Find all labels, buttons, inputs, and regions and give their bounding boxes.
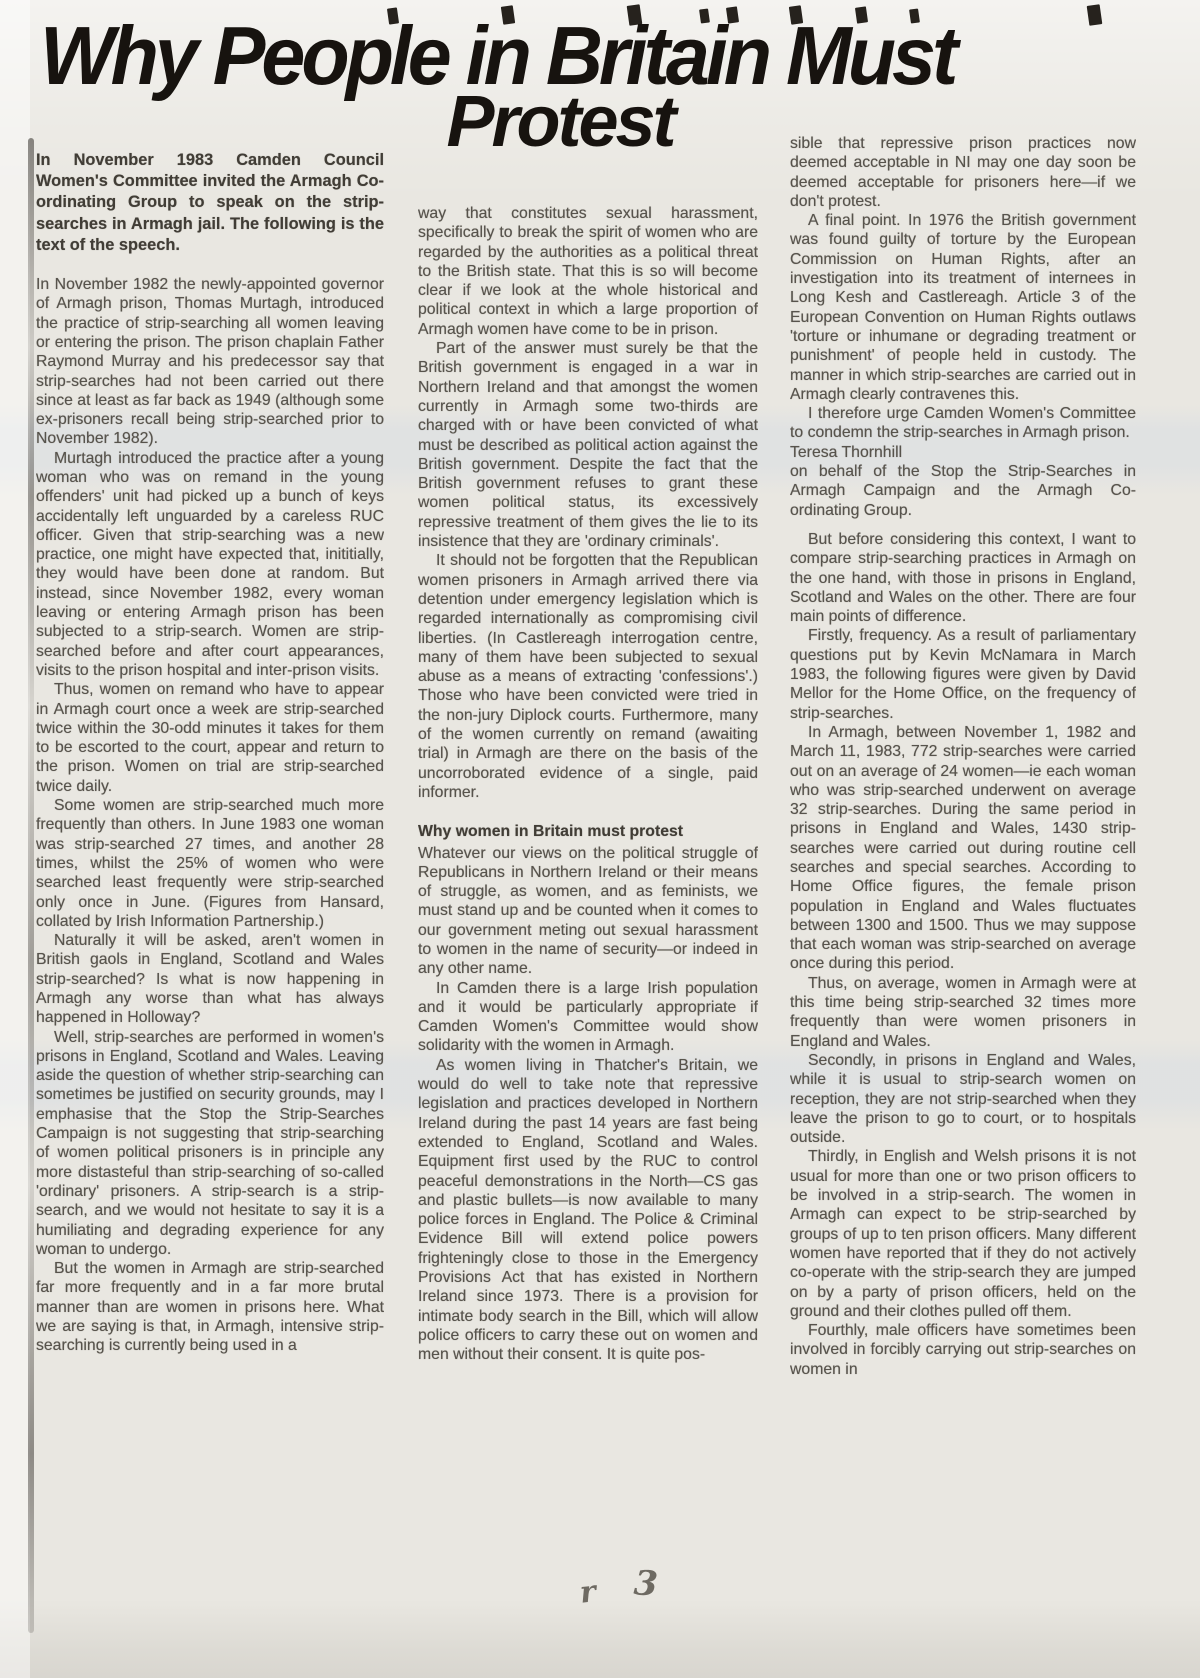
paragraph: In Armagh, between November 1, 1982 and … — [790, 723, 1136, 974]
paragraph: As women living in Thatcher's Britain, w… — [418, 1056, 758, 1365]
paragraph: Murtagh introduced the practice after a … — [36, 449, 384, 681]
paragraph: But before considering this context, I w… — [790, 530, 1136, 626]
scan-left-margin — [0, 0, 30, 1678]
article-title-line2: Protest — [300, 84, 820, 160]
handwritten-mark: 3 — [633, 1563, 659, 1605]
paragraph: Firstly, frequency. As a result of parli… — [790, 626, 1136, 722]
paragraph: Fourthly, male officers have sometimes b… — [790, 1321, 1136, 1379]
column-2: way that constitutes sexual harassment, … — [418, 204, 758, 1604]
paragraph: Part of the answer must surely be that t… — [418, 339, 758, 551]
intro-paragraph: In November 1983 Camden Council Women's … — [36, 150, 384, 256]
signature-name: Teresa Thornhill — [790, 443, 1136, 462]
paragraph: Some women are strip-searched much more … — [36, 796, 384, 931]
paragraph: way that constitutes sexual harassment, … — [418, 204, 758, 339]
paragraph: A final point. In 1976 the British gover… — [790, 211, 1136, 404]
paragraph: Thus, on average, women in Armagh were a… — [790, 974, 1136, 1051]
paragraph: In November 1982 the newly-appointed gov… — [36, 275, 384, 449]
paragraph: Whatever our views on the political stru… — [418, 844, 758, 979]
paragraph: Thirdly, in English and Welsh prisons it… — [790, 1147, 1136, 1321]
column-1: In November 1983 Camden Council Women's … — [36, 150, 384, 1640]
paragraph: But the women in Armagh are strip-search… — [36, 1259, 384, 1355]
paragraph: I therefore urge Camden Women's Committe… — [790, 404, 1136, 443]
paragraph: Thus, women on remand who have to appear… — [36, 680, 384, 796]
scanned-article-page: Why People in Britain Must Protest In No… — [0, 0, 1200, 1678]
paragraph: Naturally it will be asked, aren't women… — [36, 931, 384, 1027]
signature-role: on behalf of the Stop the Strip-Searches… — [790, 462, 1136, 520]
handwritten-mark: r — [578, 1574, 597, 1610]
paragraph: In Camden there is a large Irish populat… — [418, 979, 758, 1056]
paragraph: Well, strip-searches are performed in wo… — [36, 1028, 384, 1260]
section-subhead: Why women in Britain must protest — [418, 822, 758, 841]
paragraph: It should not be forgotten that the Repu… — [418, 551, 758, 802]
paragraph: sible that repressive prison practices n… — [790, 134, 1136, 211]
paragraph: Secondly, in prisons in England and Wale… — [790, 1051, 1136, 1147]
scan-artifact-line — [28, 138, 34, 1633]
column-3: sible that repressive prison practices n… — [790, 134, 1136, 1624]
